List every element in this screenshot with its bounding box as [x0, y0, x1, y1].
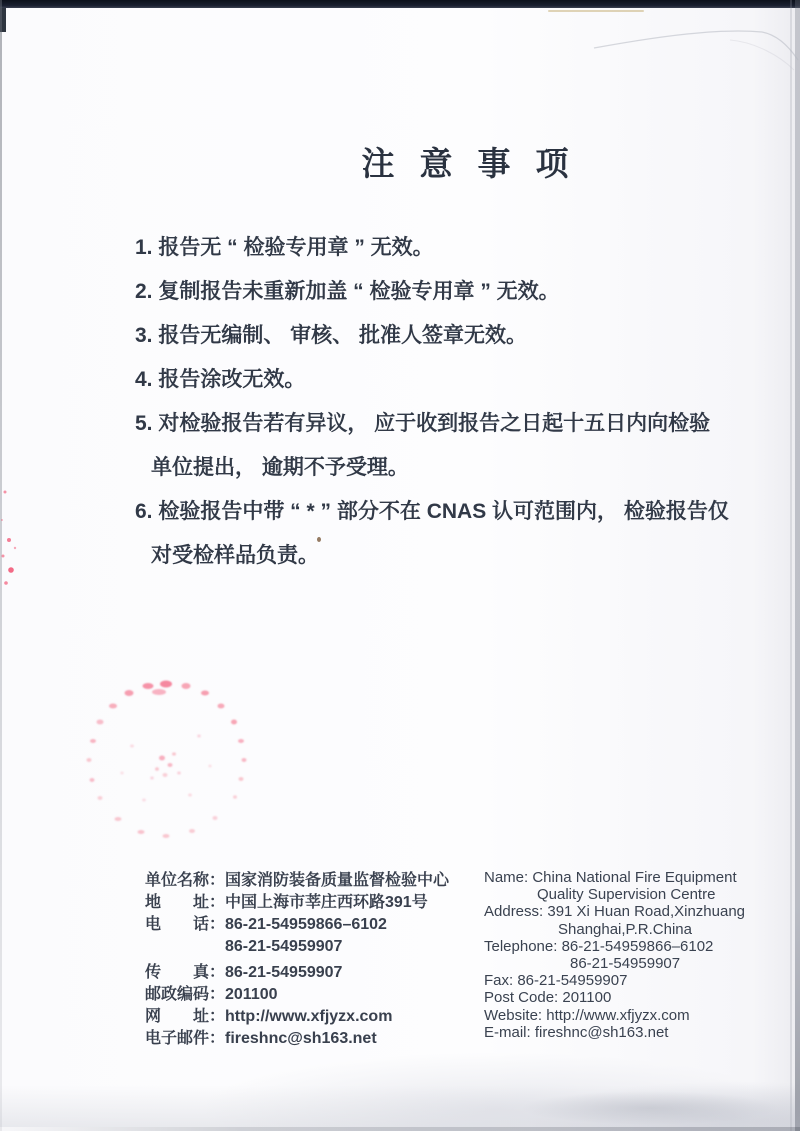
- footer-row-phone-2: 86-21-54959907: [145, 936, 475, 958]
- footer-value: 86-21-54959907: [225, 936, 475, 958]
- notes-list: 1. 报告无 “ 检验专用章 ” 无效。 2. 复制报告未重新加盖 “ 检验专用…: [135, 226, 775, 578]
- note-4: 4. 报告涂改无效。: [135, 358, 775, 402]
- en-address: Address: 391 Xi Huan Road,Xinzhuang: [484, 903, 794, 920]
- footer-label: 地 址：: [145, 892, 225, 914]
- en-address-continued: Shanghai,P.R.China: [484, 921, 794, 938]
- footer-value: fireshnc@sh163.net: [225, 1028, 475, 1050]
- footer-chinese: 单位名称： 国家消防装备质量监督检验中心 地 址： 中国上海市莘庄西环路391号…: [145, 870, 475, 1050]
- en-email: E-mail: fireshnc@sh163.net: [484, 1024, 794, 1041]
- footer-value: http://www.xfjyzx.com: [225, 1006, 475, 1028]
- footer-label: 电子邮件：: [145, 1028, 225, 1050]
- footer-value: 86-21-54959866–6102: [225, 914, 475, 936]
- red-edge-speckles: [0, 470, 24, 600]
- scan-edge-top: [0, 0, 800, 8]
- note-6-continued: 对受检样品负责。: [135, 534, 775, 578]
- footer-label: [145, 936, 225, 958]
- footer-value: 中国上海市莘庄西环路391号: [225, 892, 475, 914]
- footer-row-post-code: 邮政编码： 201100: [145, 984, 475, 1006]
- note-1: 1. 报告无 “ 检验专用章 ” 无效。: [135, 226, 775, 270]
- scan-streak: [548, 10, 644, 12]
- footer-value: 201100: [225, 984, 475, 1006]
- scan-edge-bottom: [0, 1127, 800, 1131]
- paper-crease: [580, 18, 800, 88]
- footer-row-fax: 传 真： 86-21-54959907: [145, 962, 475, 984]
- page-title: 注意事项: [0, 147, 800, 180]
- en-telephone: Telephone: 86-21-54959866–6102: [484, 938, 794, 955]
- scan-smudge-bottom-right: [520, 1091, 780, 1125]
- footer-row-unit-name: 单位名称： 国家消防装备质量监督检验中心: [145, 870, 475, 892]
- scanned-notice-page: { "title": "注意事项", "notes": { "lines": […: [0, 0, 800, 1131]
- footer-row-email: 电子邮件： fireshnc@sh163.net: [145, 1028, 475, 1050]
- footer-row-address: 地 址： 中国上海市莘庄西环路391号: [145, 892, 475, 914]
- footer-label: 网 址：: [145, 1006, 225, 1028]
- note-5-continued: 单位提出， 逾期不予受理。: [135, 446, 775, 490]
- footer-english: Name: China National Fire Equipment Qual…: [484, 869, 794, 1041]
- note-5: 5. 对检验报告若有异议， 应于收到报告之日起十五日内向检验: [135, 402, 775, 446]
- footer-value: 86-21-54959907: [225, 962, 475, 984]
- en-name: Name: China National Fire Equipment: [484, 869, 794, 886]
- footer-label: 电 话：: [145, 914, 225, 936]
- red-stamp-remnant: [62, 678, 272, 848]
- footer-label: 邮政编码：: [145, 984, 225, 1006]
- en-name-continued: Quality Supervision Centre: [484, 886, 794, 903]
- en-website: Website: http://www.xfjyzx.com: [484, 1007, 794, 1024]
- footer-row-website: 网 址： http://www.xfjyzx.com: [145, 1006, 475, 1028]
- note-3: 3. 报告无编制、 审核、 批准人签章无效。: [135, 314, 775, 358]
- en-telephone-continued: 86-21-54959907: [484, 955, 794, 972]
- en-fax: Fax: 86-21-54959907: [484, 972, 794, 989]
- footer-label: 单位名称：: [145, 870, 225, 892]
- footer-label: 传 真：: [145, 962, 225, 984]
- note-2: 2. 复制报告未重新加盖 “ 检验专用章 ” 无效。: [135, 270, 775, 314]
- footer-row-phone: 电 话： 86-21-54959866–6102: [145, 914, 475, 936]
- en-post-code: Post Code: 201100: [484, 989, 794, 1006]
- note-6: 6. 检验报告中带 “ * ” 部分不在 CNAS 认可范围内， 检验报告仅: [135, 490, 775, 534]
- footer-value: 国家消防装备质量监督检验中心: [225, 870, 475, 892]
